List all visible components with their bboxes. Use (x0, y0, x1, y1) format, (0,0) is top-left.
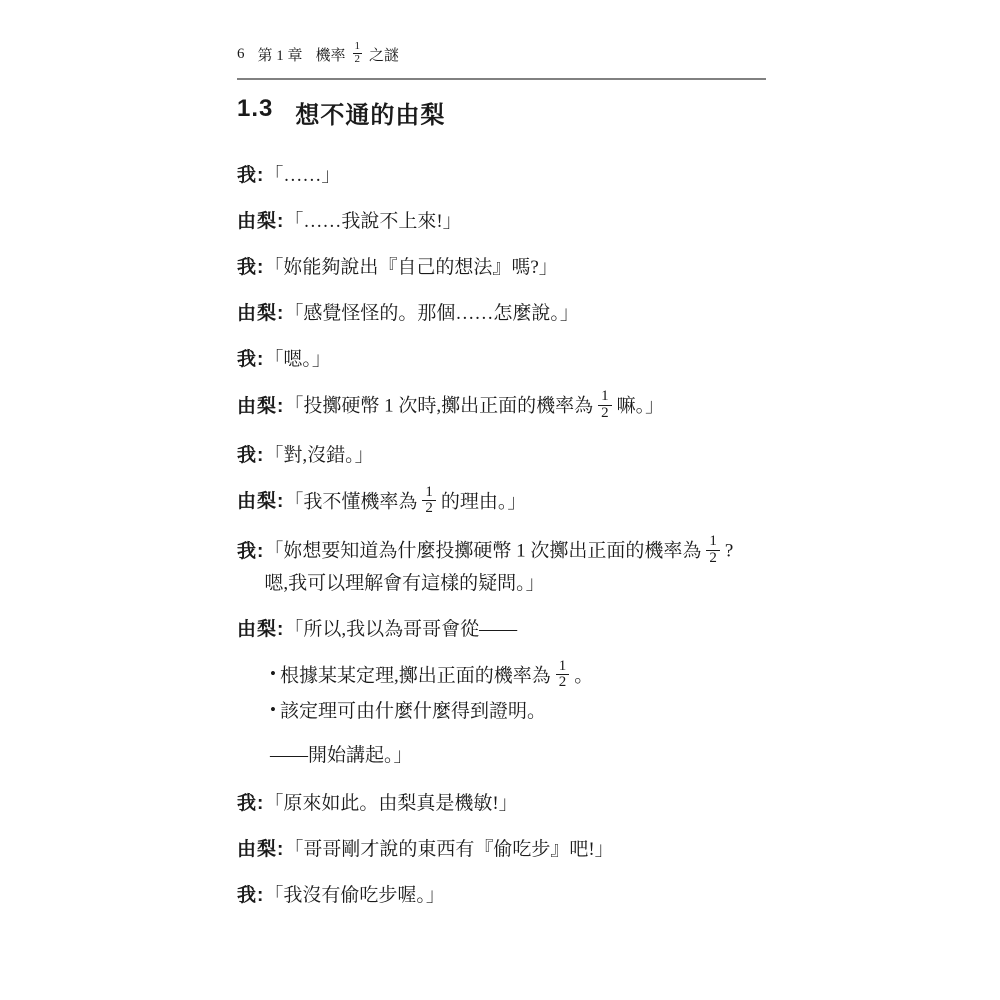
speech-text: 「……」 (264, 161, 766, 190)
speech-text: 「所以,我以為哥哥會從—— (284, 615, 766, 644)
running-head-title-prefix: 機率 (316, 44, 346, 65)
speaker-label: 我: (237, 537, 264, 566)
fraction-one-half: 12 (706, 534, 720, 567)
speaker-label: 我: (237, 789, 264, 818)
speaker-label: 我: (237, 881, 264, 910)
speaker-label: 由梨: (237, 487, 284, 516)
dialogue-line: 我:「對,沒錯。」 (237, 441, 766, 470)
page-content: 6 第 1 章 機率 12 之謎 1.3 想不通的由梨 我:「……」由梨:「……… (237, 0, 766, 927)
section-heading: 1.3 想不通的由梨 (237, 95, 766, 130)
speech-text: 「投擲硬幣 1 次時,擲出正面的機率為12嘛。」 (284, 391, 766, 424)
dialogue-line: 我:「……」 (237, 161, 766, 190)
bullet-icon: • (270, 659, 276, 688)
speech-text: 「感覺怪怪的。那個……怎麼說。」 (284, 299, 766, 328)
speaker-label: 由梨: (237, 392, 284, 421)
book-page: 6 第 1 章 機率 12 之謎 1.3 想不通的由梨 我:「……」由梨:「……… (0, 0, 1000, 1000)
running-head-title: 機率 12 之謎 (316, 42, 400, 66)
dash-continuation-line: ——開始講起。」 (270, 741, 766, 770)
speaker-label: 我: (237, 345, 264, 374)
page-number: 6 (237, 46, 245, 63)
speaker-label: 由梨: (237, 615, 284, 644)
speech-text: 「妳能夠說出『自己的想法』嗎?」 (264, 253, 766, 282)
speech-text: ——開始講起。」 (270, 741, 766, 770)
dialogue-line: 我:「嗯。」 (237, 345, 766, 374)
fraction-one-half: 12 (556, 659, 570, 692)
speech-text: 「原來如此。由梨真是機敏!」 (264, 789, 766, 818)
speech-text: 根據某某定理,擲出正面的機率為12。 (280, 661, 766, 694)
dialogue-line: 我:「我沒有偷吃步喔。」 (237, 881, 766, 910)
dialogue-line: 由梨:「所以,我以為哥哥會從—— (237, 615, 766, 644)
speaker-label: 由梨: (237, 835, 284, 864)
speech-text: 「我不懂機率為12的理由。」 (284, 487, 766, 520)
speech-text: 「妳想要知道為什麼投擲硬幣 1 次擲出正面的機率為12?嗯,我可以理解會有這樣的… (264, 536, 766, 598)
speaker-label: 由梨: (237, 299, 284, 328)
running-head: 6 第 1 章 機率 12 之謎 (237, 34, 766, 74)
speaker-label: 我: (237, 253, 264, 282)
dialogue-line: 由梨:「……我說不上來!」 (237, 207, 766, 236)
fraction-one-half: 12 (422, 485, 436, 518)
speaker-label: 我: (237, 161, 264, 190)
dialogue-line: 我:「妳想要知道為什麼投擲硬幣 1 次擲出正面的機率為12?嗯,我可以理解會有這… (237, 536, 766, 598)
speech-text: 「對,沒錯。」 (264, 441, 766, 470)
dialogue-block: 我:「……」由梨:「……我說不上來!」我:「妳能夠說出『自己的想法』嗎?」由梨:… (237, 161, 766, 910)
header-rule (237, 78, 766, 80)
section-number: 1.3 (237, 95, 273, 130)
speech-text: 「嗯。」 (264, 345, 766, 374)
speech-text: 「我沒有偷吃步喔。」 (264, 881, 766, 910)
dialogue-line: 由梨:「感覺怪怪的。那個……怎麼說。」 (237, 299, 766, 328)
section-title: 想不通的由梨 (295, 95, 445, 130)
running-head-title-suffix: 之謎 (369, 44, 399, 65)
bullet-item: •根據某某定理,擲出正面的機率為12。 (270, 661, 766, 694)
speech-text: 「哥哥剛才說的東西有『偷吃步』吧!」 (284, 835, 766, 864)
fraction-one-half: 12 (353, 41, 363, 65)
speaker-label: 由梨: (237, 207, 284, 236)
dialogue-line: 由梨:「投擲硬幣 1 次時,擲出正面的機率為12嘛。」 (237, 391, 766, 424)
dialogue-line: 由梨:「哥哥剛才說的東西有『偷吃步』吧!」 (237, 835, 766, 864)
speech-text: 該定理可由什麼什麼得到證明。 (280, 697, 766, 726)
fraction-one-half: 12 (598, 389, 612, 422)
dialogue-line: 我:「原來如此。由梨真是機敏!」 (237, 789, 766, 818)
bullet-item: •該定理可由什麼什麼得到證明。 (270, 697, 766, 726)
chapter-label: 第 1 章 (258, 44, 303, 65)
bullet-icon: • (270, 695, 276, 724)
speech-text: 「……我說不上來!」 (284, 207, 766, 236)
dialogue-line: 我:「妳能夠說出『自己的想法』嗎?」 (237, 253, 766, 282)
dialogue-line: 由梨:「我不懂機率為12的理由。」 (237, 487, 766, 520)
speaker-label: 我: (237, 441, 264, 470)
